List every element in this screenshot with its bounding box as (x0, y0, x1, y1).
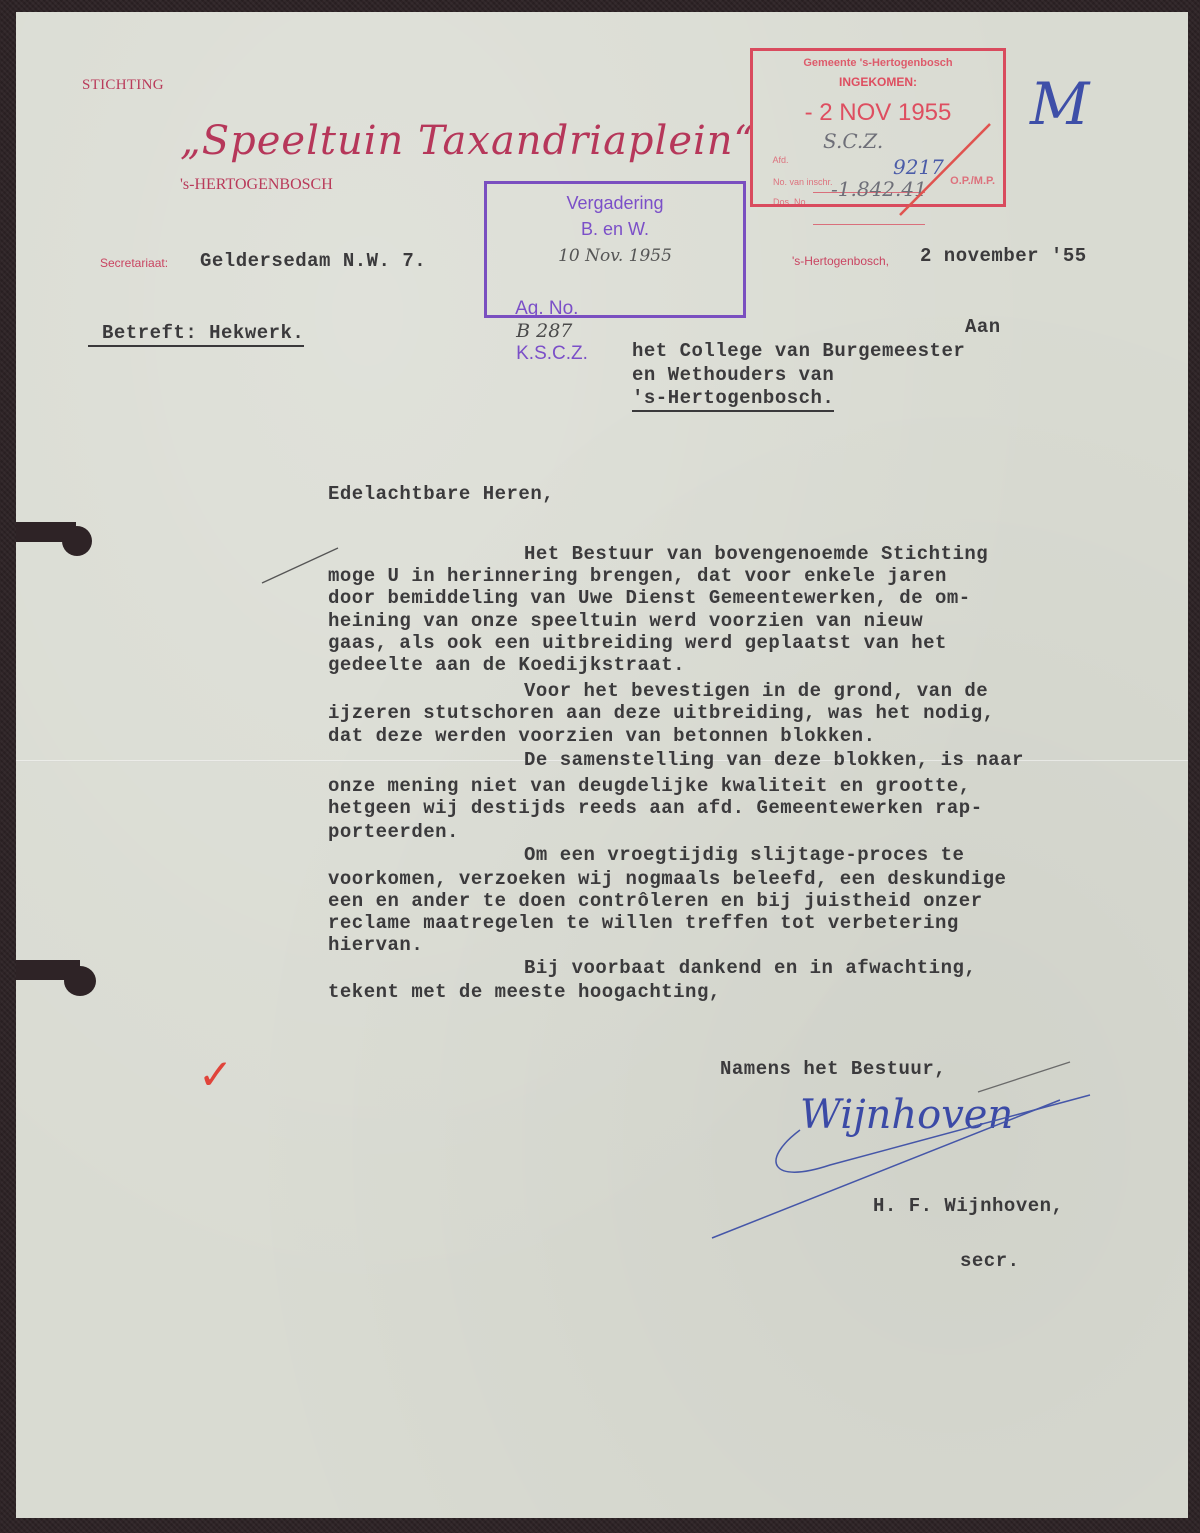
signatory-title: secr. (960, 1250, 1020, 1272)
stamp-date: - 2 NOV 1955 (753, 99, 1003, 127)
secretariat-address: Geldersedam N.W. 7. (200, 250, 426, 272)
body-line: hetgeen wij destijds reeds aan afd. Geme… (328, 797, 983, 819)
body-line: hiervan. (328, 934, 423, 956)
body-line: door bemiddeling van Uwe Dienst Gemeente… (328, 587, 971, 609)
body-line: De samenstelling van deze blokken, is na… (524, 749, 1024, 771)
stamp-status: INGEKOMEN: (753, 75, 1003, 89)
secretariat-label: Secretariaat: (100, 256, 168, 270)
agenda-department: K.S.C.Z. (516, 343, 588, 364)
received-stamp: Gemeente 's-Hertogenbosch INGEKOMEN: - 2… (750, 48, 1006, 207)
salutation: Edelachtbare Heren, (328, 483, 554, 505)
stamp-municipality: Gemeente 's-Hertogenbosch (753, 57, 1003, 69)
recipient-aan: Aan (965, 316, 1001, 338)
subject-line: Betreft: Hekwerk. (88, 322, 304, 347)
body-line: dat deze werden voorzien van betonnen bl… (328, 725, 876, 747)
place-label: 's-Hertogenbosch, (792, 254, 889, 268)
meeting-title: Vergadering (487, 193, 743, 214)
recipient-line-2: en Wethouders van (632, 364, 834, 386)
meeting-stamp: Vergadering B. en W. 10 Nov. 1955 Ag. No… (484, 181, 746, 318)
body-line: porteerden. (328, 821, 459, 843)
meeting-date-handwritten: 10 Nov. 1955 (487, 246, 743, 266)
closing-on-behalf: Namens het Bestuur, (720, 1058, 946, 1080)
body-line: gaas, als ook een uitbreiding werd gepla… (328, 632, 947, 654)
meeting-board: B. en W. (487, 219, 743, 240)
org-name-script: „Speeltuin Taxandriaplein“ (180, 118, 755, 164)
handwritten-dossier: -1.842.41 (831, 177, 927, 201)
handwritten-registration: 9217 (893, 155, 944, 179)
org-city: 's-HERTOGENBOSCH (180, 176, 333, 194)
handwritten-initials: M (1030, 70, 1089, 138)
recipient-line-1: het College van Burgemeester (632, 340, 965, 362)
body-line: reclame maatregelen te willen treffen to… (328, 912, 959, 934)
signatory-name: H. F. Wijnhoven, (873, 1195, 1063, 1217)
body-line: moge U in herinnering brengen, dat voor … (328, 565, 947, 587)
org-type: STICHTING (82, 77, 164, 94)
body-line: Het Bestuur van bovengenoemde Stichting (524, 543, 988, 565)
body-line: Voor het bevestigen in de grond, van de (524, 680, 988, 702)
letter-date: 2 november '55 (920, 245, 1087, 267)
body-line: onze mening niet van deugdelijke kwalite… (328, 775, 971, 797)
body-line: heining van onze speeltuin werd voorzien… (328, 610, 923, 632)
red-check-mark: ✓ (198, 1050, 233, 1099)
body-line: gedeelte aan de Koedijkstraat. (328, 654, 685, 676)
recipient-line-3: 's-Hertogenbosch. (632, 387, 834, 412)
handwritten-department: S.C.Z. (823, 129, 883, 153)
body-line: voorkomen, verzoeken wij nogmaals beleef… (328, 868, 1006, 890)
body-line: ijzeren stutschoren aan deze uitbreiding… (328, 702, 995, 724)
agenda-number: B 287 (516, 320, 572, 342)
signature: Wijnhoven (800, 1092, 1013, 1138)
body-line: tekent met de meeste hoogachting, (328, 981, 721, 1003)
body-line: Om een vroegtijdig slijtage-proces te (524, 844, 964, 866)
body-line: Bij voorbaat dankend en in afwachting, (524, 957, 976, 979)
body-line: een en ander te doen contrôleren en bij … (328, 890, 983, 912)
